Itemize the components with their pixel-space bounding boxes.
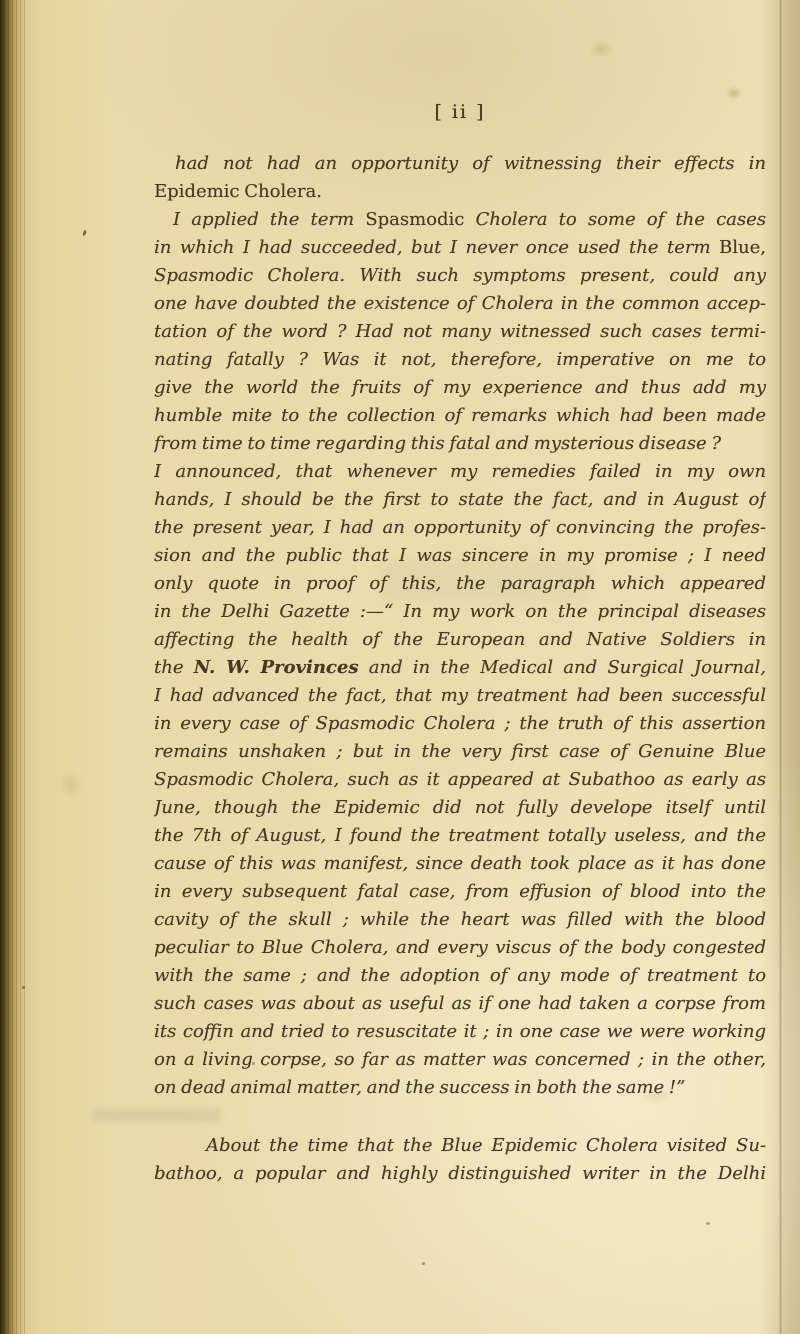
text-line: in the Delhi Gazette :—“ In my work on t… xyxy=(154,598,766,626)
ink-speck xyxy=(422,1262,425,1265)
text-line: the N. W. Provinces and in the Medical a… xyxy=(154,654,766,682)
text-line: I announced, that whenever my remedies f… xyxy=(154,458,766,486)
text-line: such cases was about as useful as if one… xyxy=(154,990,766,1018)
text-line: on dead animal matter, and the success i… xyxy=(154,1074,766,1102)
text-line: remains unshaken ; but in the very first… xyxy=(154,738,766,766)
ink-speck xyxy=(706,1222,710,1225)
paragraph-4: About the time that the Blue Epidemic Ch… xyxy=(154,1132,766,1188)
ink-speck xyxy=(82,230,87,237)
foxing-spot xyxy=(726,86,742,100)
text-line: from time to time regarding this fatal a… xyxy=(154,430,766,458)
text-line: I applied the term Spasmodic Cholera to … xyxy=(154,206,766,234)
binding-edge-left xyxy=(0,0,26,1334)
text-line: Spasmodic Cholera, such as it appeared a… xyxy=(154,766,766,794)
text-line: nating fatally ? Was it not, therefore, … xyxy=(154,346,766,374)
foxing-spot xyxy=(588,40,614,58)
text-line: Spasmodic Cholera. With such symptoms pr… xyxy=(154,262,766,290)
paragraph-1: had not had an opportunity of witnessing… xyxy=(154,150,766,206)
text-line: give the world the fruits of my experien… xyxy=(154,374,766,402)
text-line: the present year, I had an opportunity o… xyxy=(154,514,766,542)
text-line: in every subsequent fatal case, from eff… xyxy=(154,878,766,906)
text-line: only quote in proof of this, the paragra… xyxy=(154,570,766,598)
text-line: on a living corpse, so far as matter was… xyxy=(154,1046,766,1074)
text-line: cause of this was manifest, since death … xyxy=(154,850,766,878)
text-line: cavity of the skull ; while the heart wa… xyxy=(154,906,766,934)
text-line: bathoo, a popular and highly distinguish… xyxy=(154,1160,766,1188)
text-line: June, though the Epidemic did not fully … xyxy=(154,794,766,822)
page-text: had not had an opportunity of witnessing… xyxy=(154,150,766,1188)
text-line: with the same ; and the adoption of any … xyxy=(154,962,766,990)
text-line: had not had an opportunity of witnessing… xyxy=(154,150,766,178)
paragraph-2: I applied the term Spasmodic Cholera to … xyxy=(154,206,766,458)
foxing-spot xyxy=(60,770,82,800)
text-line: peculiar to Blue Cholera, and every visc… xyxy=(154,934,766,962)
text-line: in every case of Spasmodic Cholera ; the… xyxy=(154,710,766,738)
page-edge-crease xyxy=(779,0,782,1334)
text-line: one have doubted the existence of Choler… xyxy=(154,290,766,318)
text-line: sion and the public that I was sincere i… xyxy=(154,542,766,570)
text-line: About the time that the Blue Epidemic Ch… xyxy=(154,1132,766,1160)
scanned-book-page: [ ii ] had not had an opportunity of wit… xyxy=(0,0,800,1334)
page-number-header: [ ii ] xyxy=(154,101,766,123)
text-line: humble mite to the collection of remarks… xyxy=(154,402,766,430)
text-line: tation of the word ? Had not many witnes… xyxy=(154,318,766,346)
text-line: its coffin and tried to resuscitate it ;… xyxy=(154,1018,766,1046)
text-line: the 7th of August, I found the treatment… xyxy=(154,822,766,850)
text-line: in which I had succeeded, but I never on… xyxy=(154,234,766,262)
text-line: I had advanced the fact, that my treatme… xyxy=(154,682,766,710)
text-line: affecting the health of the European and… xyxy=(154,626,766,654)
paragraph-3: I announced, that whenever my remedies f… xyxy=(154,458,766,1102)
text-line: Epidemic Cholera. xyxy=(154,178,766,206)
text-line: hands, I should be the first to state th… xyxy=(154,486,766,514)
